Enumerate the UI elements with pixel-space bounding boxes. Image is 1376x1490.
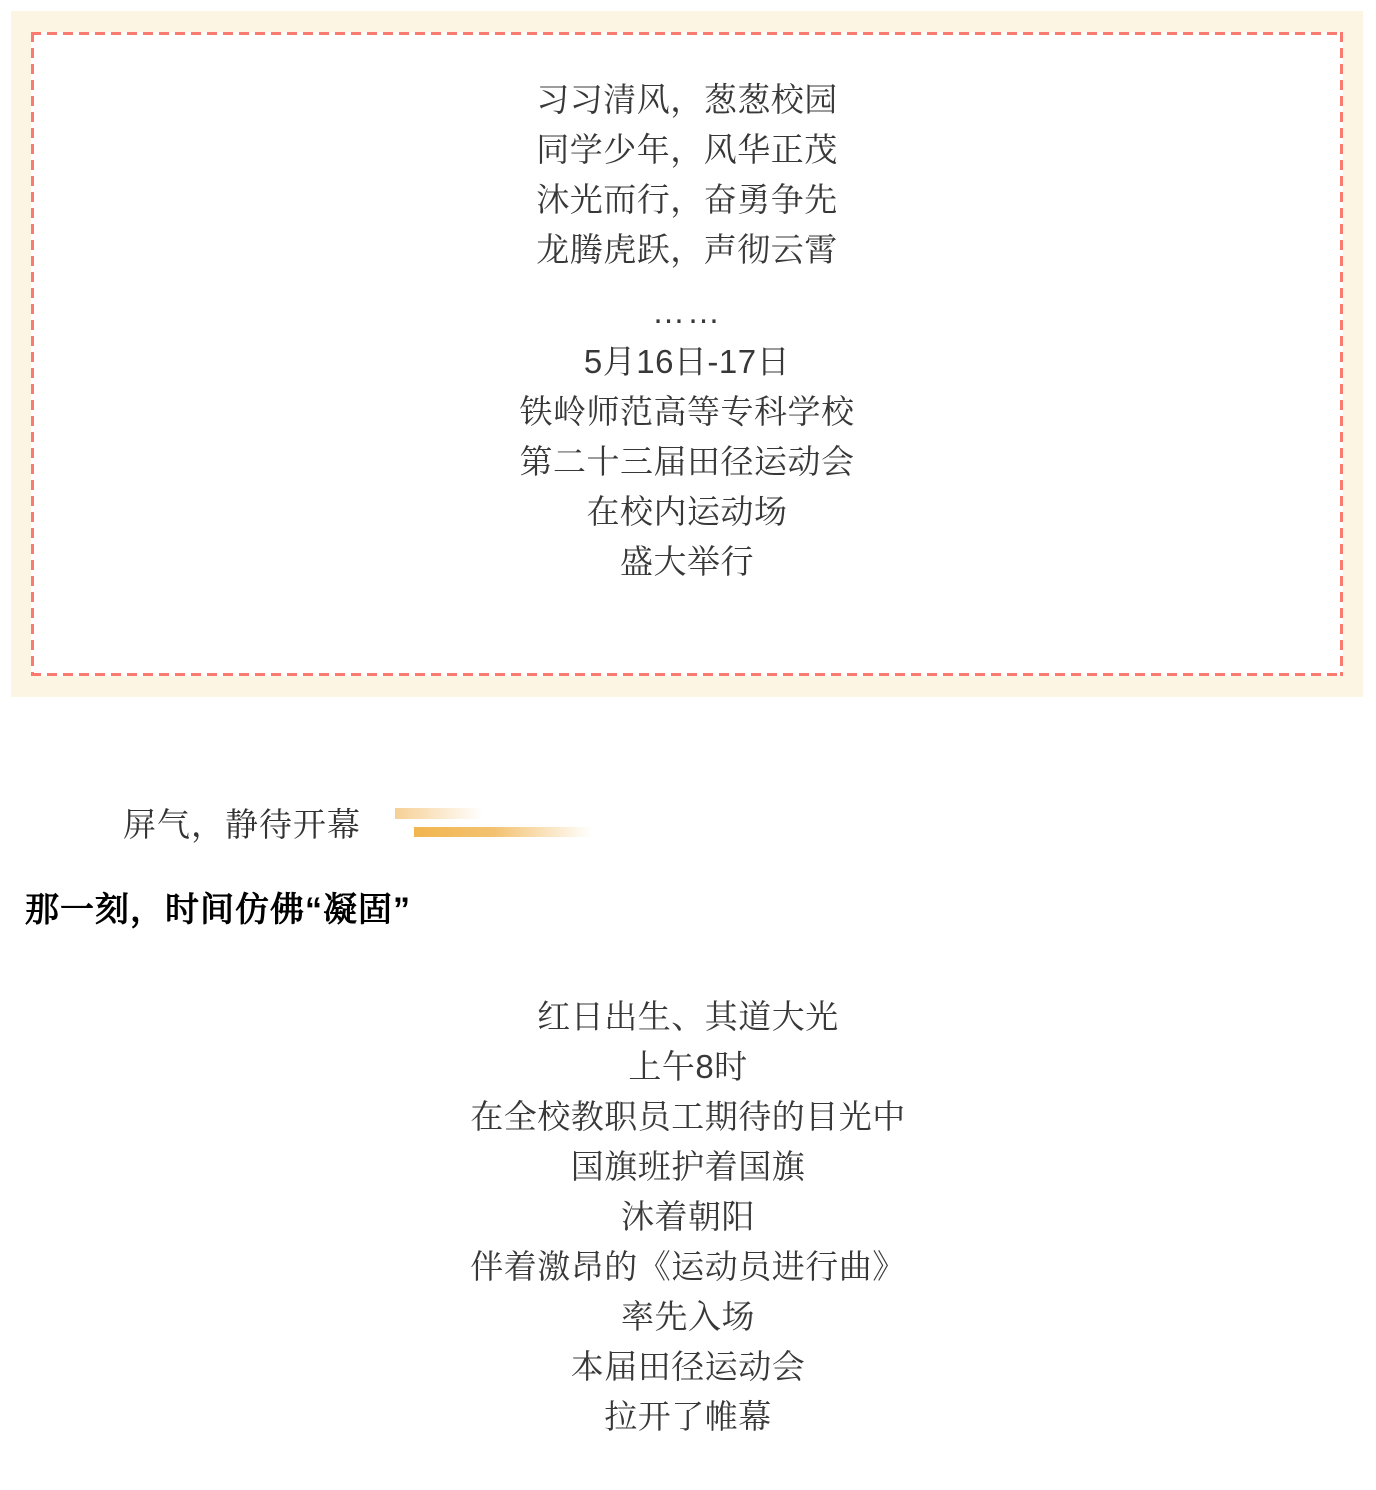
body-verse: 红日出生、其道大光 上午8时 在全校教职员工期待的目光中 国旗班护着国旗 沐着朝… bbox=[0, 992, 1376, 1442]
hero-panel: 习习清风，葱葱校园 同学少年，风华正茂 沐光而行，奋勇争先 龙腾虎跃，声彻云霄 … bbox=[11, 11, 1363, 697]
kicker-accent-bar-bottom bbox=[414, 827, 591, 837]
event-line: 铁岭师范高等专科学校 bbox=[31, 387, 1343, 437]
poem-line: 龙腾虎跃，声彻云霄 bbox=[31, 225, 1343, 275]
body-line: 率先入场 bbox=[0, 1292, 1376, 1342]
section-title: 那一刻，时间仿佛“凝固” bbox=[25, 893, 1376, 927]
section-kicker: 屏气，静待开幕 bbox=[123, 805, 361, 845]
dashed-border-card: 习习清风，葱葱校园 同学少年，风华正茂 沐光而行，奋勇争先 龙腾虎跃，声彻云霄 … bbox=[31, 32, 1343, 676]
body-line: 拉开了帷幕 bbox=[0, 1392, 1376, 1442]
event-line: 在校内运动场 bbox=[31, 487, 1343, 537]
event-line: 5月16日-17日 bbox=[31, 337, 1343, 387]
event-line: 第二十三届田径运动会 bbox=[31, 437, 1343, 487]
body-line: 上午8时 bbox=[0, 1042, 1376, 1092]
poem-line: 沐光而行，奋勇争先 bbox=[31, 175, 1343, 225]
body-line: 伴着激昂的《运动员进行曲》 bbox=[0, 1242, 1376, 1292]
body-line: 沐着朝阳 bbox=[0, 1192, 1376, 1242]
poem-line: 习习清风，葱葱校园 bbox=[31, 75, 1343, 125]
body-line: 国旗班护着国旗 bbox=[0, 1142, 1376, 1192]
kicker-accent-bar-top bbox=[395, 808, 487, 819]
ellipsis-line: …… bbox=[31, 287, 1343, 337]
poem-line: 同学少年，风华正茂 bbox=[31, 125, 1343, 175]
section-kicker-row: 屏气，静待开幕 bbox=[0, 805, 1376, 845]
body-line: 在全校教职员工期待的目光中 bbox=[0, 1092, 1376, 1142]
body-line: 红日出生、其道大光 bbox=[0, 992, 1376, 1042]
body-line: 本届田径运动会 bbox=[0, 1342, 1376, 1392]
event-line: 盛大举行 bbox=[31, 537, 1343, 587]
